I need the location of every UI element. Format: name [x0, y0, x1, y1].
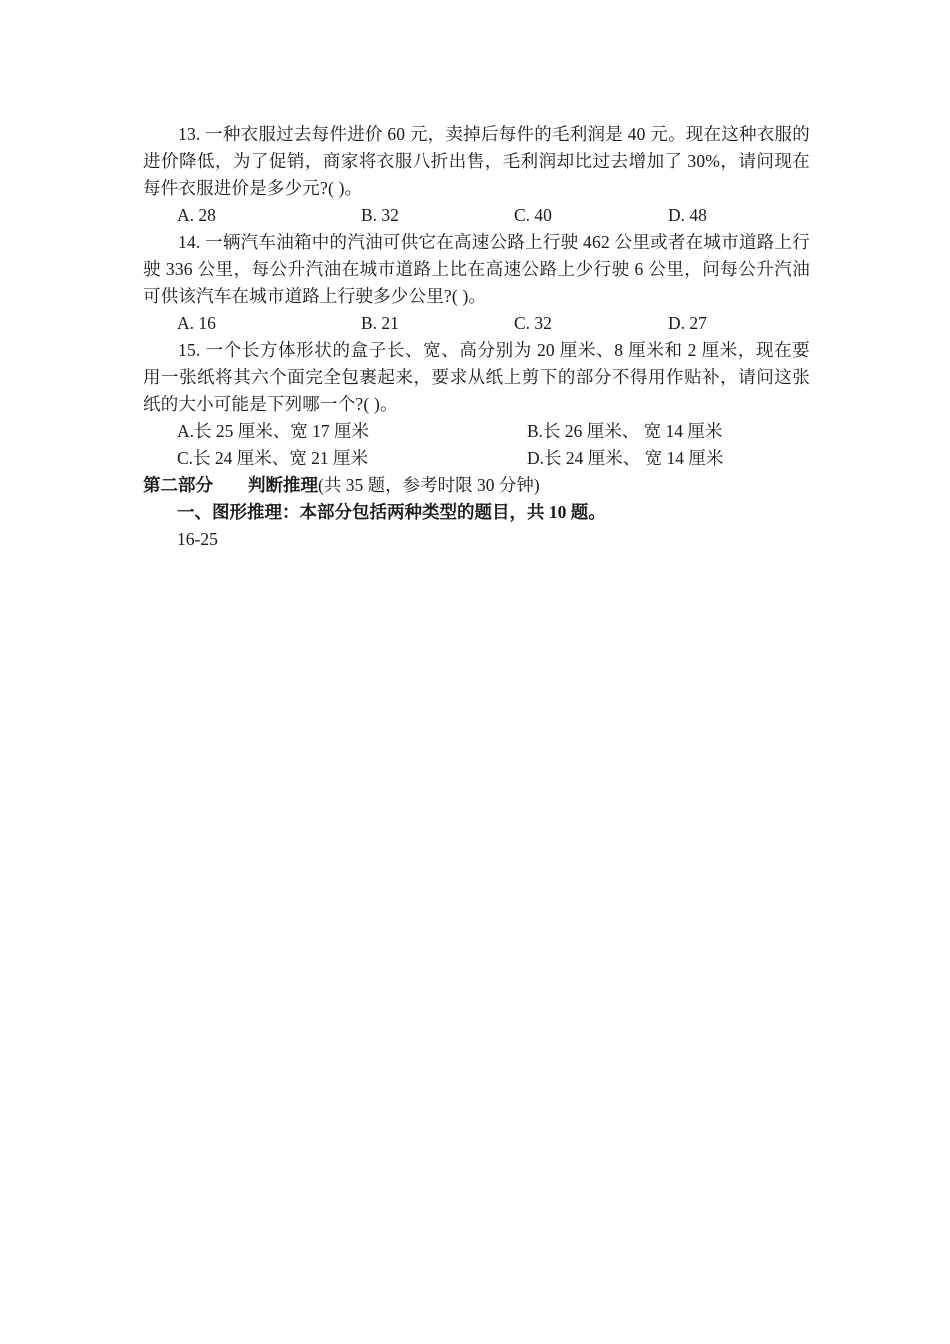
question-15-option-b: B.长 26 厘米、 宽 14 厘米	[527, 418, 722, 445]
question-15-text: 15. 一个长方体形状的盒子长、宽、高分别为 20 厘米、8 厘米和 2 厘米，…	[143, 337, 810, 418]
question-15-option-d: D.长 24 厘米、 宽 14 厘米	[527, 445, 723, 472]
subsection-header: 一、图形推理：本部分包括两种类型的题目，共 10 题。	[143, 499, 810, 526]
question-14: 14. 一辆汽车油箱中的汽油可供它在高速公路上行驶 462 公里或者在城市道路上…	[143, 229, 810, 337]
question-14-option-b: B. 21	[361, 310, 399, 337]
question-14-option-c: C. 32	[514, 310, 552, 337]
section-part-title: 判断推理	[248, 475, 318, 495]
question-14-text: 14. 一辆汽车油箱中的汽油可供它在高速公路上行驶 462 公里或者在城市道路上…	[143, 229, 810, 310]
document-content: 13. 一种衣服过去每件进价 60 元，卖掉后每件的毛利润是 40 元。现在这种…	[143, 121, 810, 553]
question-15-options-row-2: C.长 24 厘米、宽 21 厘米 D.长 24 厘米、 宽 14 厘米	[143, 445, 810, 472]
section-part-note: (共 35 题，参考时限 30 分钟)	[318, 475, 540, 495]
section-part-label: 第二部分	[143, 475, 213, 495]
question-14-option-d: D. 27	[668, 310, 707, 337]
document-page: 13. 一种衣服过去每件进价 60 元，卖掉后每件的毛利润是 40 元。现在这种…	[0, 0, 950, 1344]
question-13: 13. 一种衣服过去每件进价 60 元，卖掉后每件的毛利润是 40 元。现在这种…	[143, 121, 810, 229]
question-15: 15. 一个长方体形状的盒子长、宽、高分别为 20 厘米、8 厘米和 2 厘米，…	[143, 337, 810, 472]
question-15-option-a: A.长 25 厘米、宽 17 厘米	[177, 418, 369, 445]
question-13-text: 13. 一种衣服过去每件进价 60 元，卖掉后每件的毛利润是 40 元。现在这种…	[143, 121, 810, 202]
question-13-options: A. 28 B. 32 C. 40 D. 48	[143, 202, 810, 229]
question-15-option-c: C.长 24 厘米、宽 21 厘米	[177, 445, 368, 472]
question-14-options: A. 16 B. 21 C. 32 D. 27	[143, 310, 810, 337]
question-range: 16-25	[143, 526, 810, 553]
question-14-option-a: A. 16	[177, 310, 216, 337]
question-15-options-row-1: A.长 25 厘米、宽 17 厘米 B.长 26 厘米、 宽 14 厘米	[143, 418, 810, 445]
question-13-option-b: B. 32	[361, 202, 399, 229]
section-header: 第二部分判断推理(共 35 题，参考时限 30 分钟)	[143, 472, 810, 499]
question-13-option-c: C. 40	[514, 202, 552, 229]
question-13-option-d: D. 48	[668, 202, 707, 229]
question-13-option-a: A. 28	[177, 202, 216, 229]
